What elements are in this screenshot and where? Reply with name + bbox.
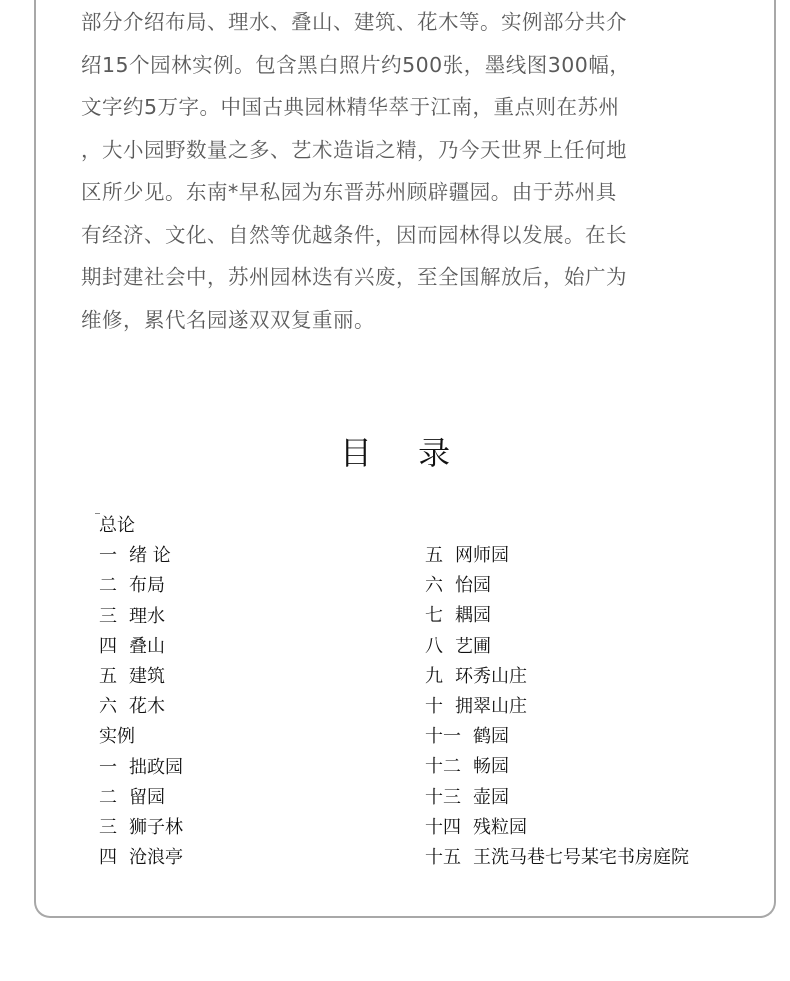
intro-line: 区所少见。东南*早私园为东晋苏州顾辟疆园。由于苏州具 xyxy=(81,170,741,213)
toc-entry: 六花木 xyxy=(99,692,183,722)
toc-number: 六 xyxy=(425,571,443,601)
toc-section-heading: 总论 xyxy=(99,511,183,541)
toc-number: 十四 xyxy=(425,813,461,843)
toc-label: 耦园 xyxy=(455,605,491,626)
toc-label: 狮子林 xyxy=(129,817,183,838)
intro-line: 有经济、文化、自然等优越条件，因而园林得以发展。在长 xyxy=(81,213,741,256)
intro-line: 期封建社会中，苏州园林迭有兴废，至全国解放后，始广为 xyxy=(81,255,741,298)
toc-label: 留园 xyxy=(129,787,165,808)
toc-entry: 二留园 xyxy=(99,783,183,813)
toc-entry: 十一鹤园 xyxy=(425,722,689,752)
toc-label: 艺圃 xyxy=(455,636,491,657)
toc-entry: 四叠山 xyxy=(99,632,183,662)
toc-number: 三 xyxy=(99,813,117,843)
toc-entry: 十五王洗马巷七号某宅书房庭院 xyxy=(425,843,689,873)
toc-number: 九 xyxy=(425,662,443,692)
toc-number: 四 xyxy=(99,632,117,662)
toc-label: 沧浪亭 xyxy=(129,847,183,868)
toc-right-column: 五网师园 六怡园 七耦园 八艺圃 九环秀山庄 十拥翠山庄 十一鹤园 十二畅园 十… xyxy=(425,541,689,873)
toc-label: 畅园 xyxy=(473,756,509,777)
toc-label: 实例 xyxy=(99,726,135,747)
intro-line: ，大小园野数量之多、艺术造诣之精，乃今天世界上任何地 xyxy=(81,128,741,171)
toc-number: 二 xyxy=(99,571,117,601)
toc-entry: 十三壶园 xyxy=(425,783,689,813)
toc-title-char: 录 xyxy=(418,428,450,474)
toc-entry: 八艺圃 xyxy=(425,632,689,662)
toc-label: 绪 论 xyxy=(129,545,171,566)
toc-section-heading: 实例 xyxy=(99,722,183,752)
toc-label: 壶园 xyxy=(473,787,509,808)
toc-left-column: 总论 一绪 论 二布局 三理水 四叠山 五建筑 六花木 实例 一拙政园 二留园 … xyxy=(99,511,183,873)
toc-number: 十五 xyxy=(425,843,461,873)
toc-label: 王洗马巷七号某宅书房庭院 xyxy=(473,847,689,868)
intro-line: 维修，累代名园遂双双复重丽。 xyxy=(81,298,741,341)
toc-entry: 三理水 xyxy=(99,602,183,632)
toc-number: 一 xyxy=(99,753,117,783)
toc-label: 总论 xyxy=(99,515,135,536)
toc-label: 花木 xyxy=(129,696,165,717)
intro-line: 绍15个园林实例。包含黑白照片约500张，墨线图300幅， xyxy=(81,43,741,86)
toc-label: 理水 xyxy=(129,606,165,627)
toc-label: 鹤园 xyxy=(473,726,509,747)
toc-label: 残粒园 xyxy=(473,817,527,838)
toc-number: 三 xyxy=(99,602,117,632)
toc-number: 十二 xyxy=(425,752,461,782)
toc-entry: 九环秀山庄 xyxy=(425,662,689,692)
toc-number: 四 xyxy=(99,843,117,873)
toc-number: 八 xyxy=(425,632,443,662)
toc-entry: 十拥翠山庄 xyxy=(425,692,689,722)
toc-label: 拙政园 xyxy=(129,757,183,778)
toc-label: 布局 xyxy=(129,575,165,596)
toc-entry: 十二畅园 xyxy=(425,752,689,782)
intro-line: 部分介绍布局、理水、叠山、建筑、花木等。实例部分共介 xyxy=(81,0,741,43)
toc-label: 环秀山庄 xyxy=(455,666,527,687)
toc-label: 叠山 xyxy=(129,636,165,657)
toc-label: 建筑 xyxy=(129,666,165,687)
toc-number: 二 xyxy=(99,783,117,813)
toc-entry: 七耦园 xyxy=(425,601,689,631)
toc-entry: 三狮子林 xyxy=(99,813,183,843)
toc-number: 七 xyxy=(425,601,443,631)
intro-line: 文字约5万字。中国古典园林精华萃于江南，重点则在苏州 xyxy=(81,85,741,128)
toc-title: 目 录 xyxy=(0,428,790,474)
toc-entry: 六怡园 xyxy=(425,571,689,601)
intro-paragraph: 部分介绍布局、理水、叠山、建筑、花木等。实例部分共介 绍15个园林实例。包含黑白… xyxy=(81,0,741,340)
toc-label: 怡园 xyxy=(455,575,491,596)
toc-label: 网师园 xyxy=(455,545,509,566)
toc-entry: 十四残粒园 xyxy=(425,813,689,843)
toc-number: 十一 xyxy=(425,722,461,752)
toc-entry: 五网师园 xyxy=(425,541,689,571)
toc-title-char: 目 xyxy=(340,428,372,474)
toc-number: 五 xyxy=(425,541,443,571)
toc-number: 十三 xyxy=(425,783,461,813)
toc-number: 六 xyxy=(99,692,117,722)
toc-entry: 四沧浪亭 xyxy=(99,843,183,873)
toc-entry: 五建筑 xyxy=(99,662,183,692)
toc-number: 五 xyxy=(99,662,117,692)
toc-entry: 一拙政园 xyxy=(99,753,183,783)
toc-entry: 一绪 论 xyxy=(99,541,183,571)
toc-number: 十 xyxy=(425,692,443,722)
toc-label: 拥翠山庄 xyxy=(455,696,527,717)
toc-entry: 二布局 xyxy=(99,571,183,601)
toc-number: 一 xyxy=(99,541,117,571)
